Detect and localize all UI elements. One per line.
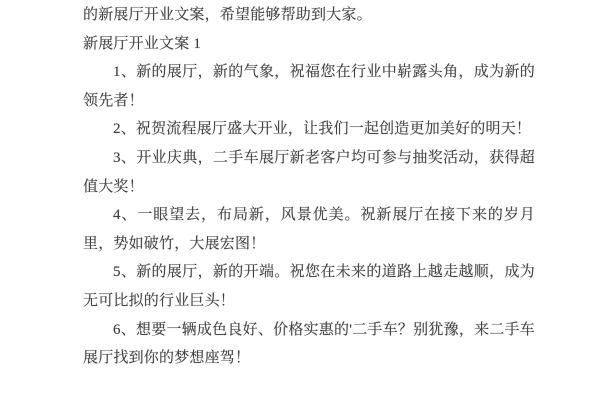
- list-item-3: 3、开业庆典，二手车展厅新老客户均可参与抽奖活动，获得超值大奖！: [83, 144, 535, 201]
- list-item-1: 1、新的展厅，新的气象，祝福您在行业中崭露头角，成为新的领先者！: [83, 58, 535, 115]
- list-item-2: 2、祝贺流程展厅盛大开业，让我们一起创造更加美好的明天！: [83, 115, 535, 144]
- list-item-6: 6、想要一辆成色良好、价格实惠的'二手车？别犹豫，来二手车展厅找到你的梦想座驾！: [83, 316, 535, 373]
- list-item-5: 5、新的展厅，新的开端。祝您在未来的道路上越走越顺，成为无可比拟的行业巨头！: [83, 258, 535, 315]
- list-item-4: 4、一眼望去，布局新，风景优美。祝新展厅在接下来的岁月里，势如破竹，大展宏图！: [83, 201, 535, 258]
- intro-paragraph-continuation: 的新展厅开业文案，希望能够帮助到大家。: [83, 1, 535, 30]
- document-page: 的新展厅开业文案，希望能够帮助到大家。 新展厅开业文案 1 1、新的展厅，新的气…: [0, 0, 600, 400]
- section-title: 新展厅开业文案 1: [83, 30, 535, 59]
